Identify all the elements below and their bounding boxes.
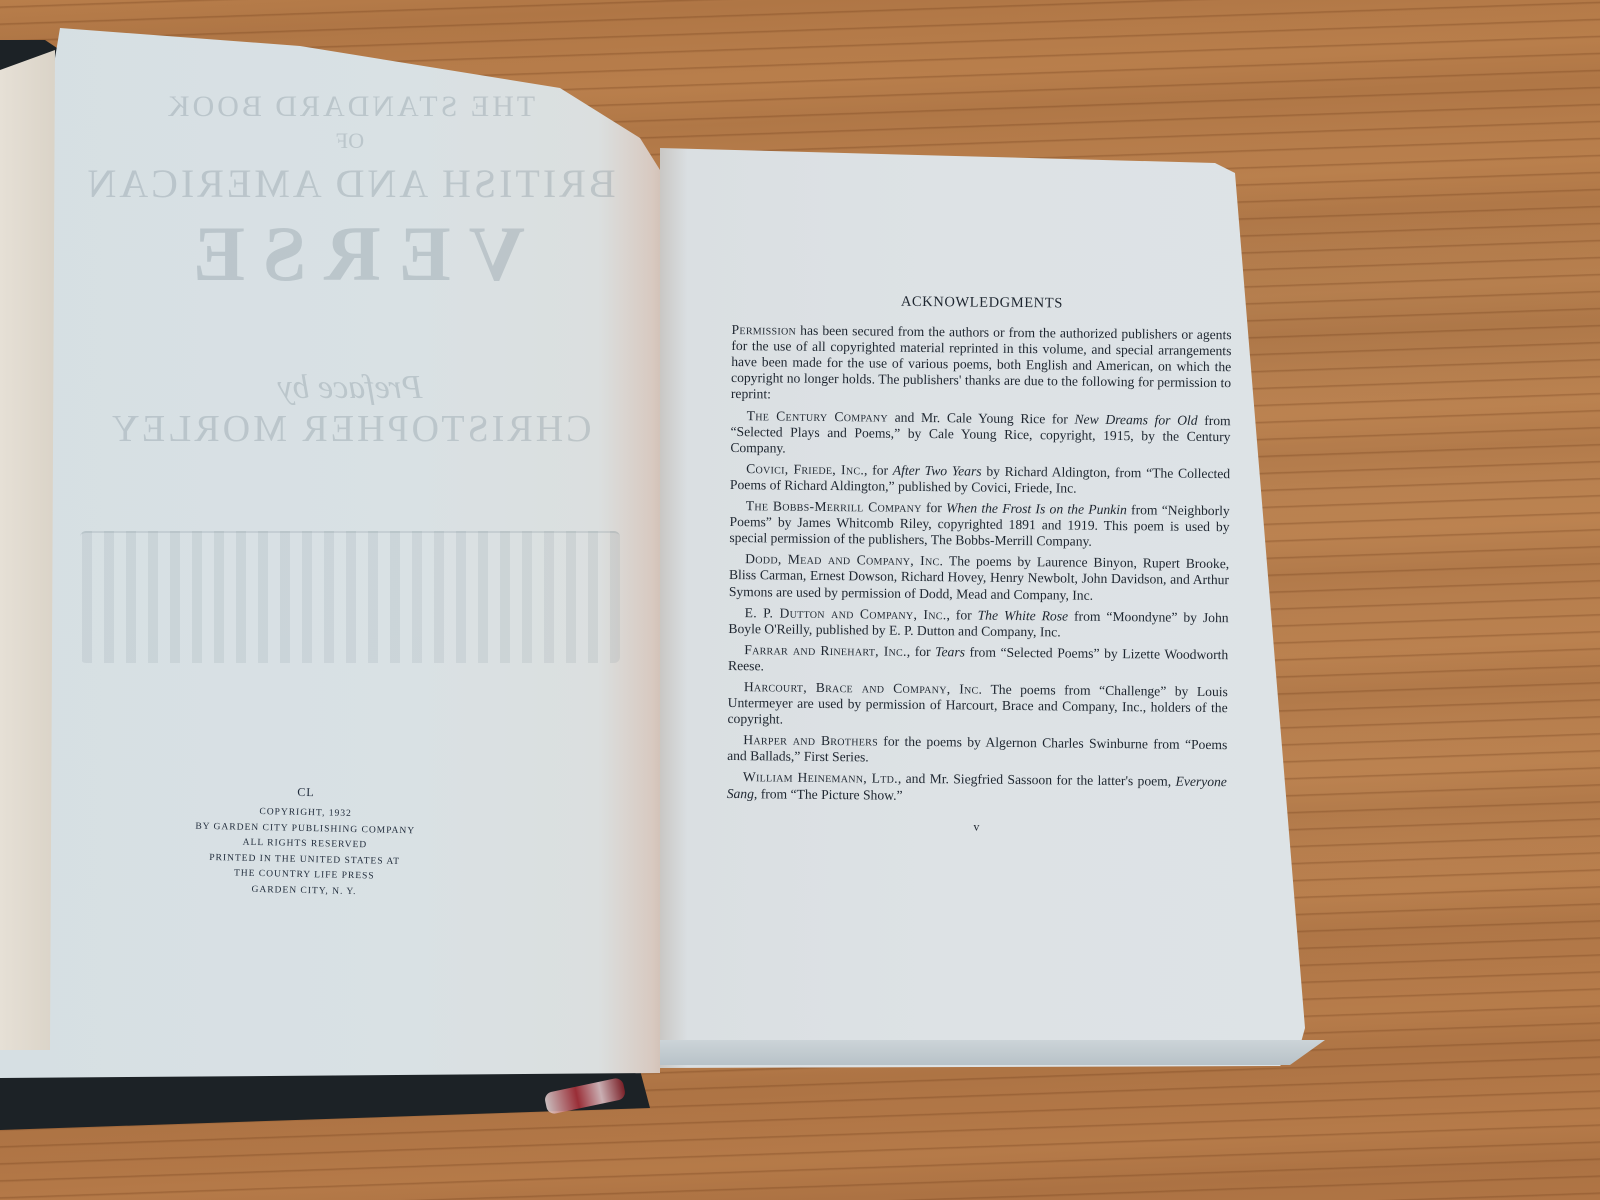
acknowledgment-entry: E. P. Dutton and Company, Inc., for The … bbox=[728, 605, 1228, 642]
publisher-name: William Heinemann, Ltd. bbox=[743, 770, 898, 787]
copyright-block: CL Copyright, 1932 by Garden City Publis… bbox=[179, 782, 431, 901]
publisher-name: Farrar and Rinehart, Inc. bbox=[744, 642, 907, 659]
intro-paragraph: Permission has been secured from the aut… bbox=[731, 322, 1232, 408]
show-through-line: CHRISTOPHER MORLEY bbox=[60, 407, 640, 451]
acknowledgment-entry: William Heinemann, Ltd., and Mr. Siegfri… bbox=[727, 769, 1227, 806]
show-through-title: VERSE bbox=[60, 209, 640, 299]
poem-title: When the Frost Is on the Punkin bbox=[946, 500, 1127, 517]
acknowledgment-entry: The Bobbs-Merrill Company for When the F… bbox=[729, 498, 1229, 552]
publisher-name: E. P. Dutton and Company, Inc. bbox=[745, 605, 947, 622]
right-page-edge bbox=[660, 1040, 1325, 1065]
publisher-name: Dodd, Mead and Company, Inc. bbox=[745, 551, 943, 568]
publisher-name: The Bobbs-Merrill Company bbox=[746, 498, 922, 515]
entry-text: from “The Picture Show.” bbox=[757, 786, 902, 803]
publisher-name: The Century Company bbox=[747, 408, 888, 424]
acknowledgment-entry: Harcourt, Brace and Company, Inc. The po… bbox=[727, 679, 1227, 733]
entry-text: and Mr. Cale Young Rice for bbox=[888, 409, 1075, 426]
publisher-name: Covici, Friede, Inc. bbox=[746, 461, 864, 477]
acknowledgment-entry: Dodd, Mead and Company, Inc. The poems b… bbox=[729, 551, 1229, 605]
show-through-small bbox=[60, 301, 640, 319]
show-through-line: THE STANDARD BOOK bbox=[60, 90, 640, 124]
show-through-line: BRITISH AND AMERICAN bbox=[60, 160, 640, 207]
intro-lead: Permission bbox=[732, 322, 797, 338]
acknowledgment-entry: Harper and Brothers for the poems by Alg… bbox=[727, 732, 1227, 769]
entry-text: for bbox=[922, 500, 947, 515]
acknowledgment-entry: Covici, Friede, Inc., for After Two Year… bbox=[730, 461, 1230, 498]
poem-title: New Dreams for Old bbox=[1074, 411, 1197, 427]
show-through-ornament bbox=[80, 531, 620, 663]
entry-text: , for bbox=[946, 607, 977, 622]
publisher-name: Harcourt, Brace and Company, Inc. bbox=[744, 679, 983, 696]
intro-text: has been secured from the authors or fro… bbox=[731, 323, 1232, 402]
entry-text: , for bbox=[907, 644, 936, 659]
show-through-line: OF bbox=[60, 128, 640, 154]
entry-text: , for bbox=[864, 462, 893, 477]
title-page-show-through: THE STANDARD BOOK OF BRITISH AND AMERICA… bbox=[60, 90, 640, 663]
entry-text: , and Mr. Siegfried Sassoon for the latt… bbox=[898, 771, 1176, 789]
show-through-line: Preface by bbox=[60, 369, 640, 407]
poem-title: The White Rose bbox=[978, 607, 1069, 623]
acknowledgment-entry: The Century Company and Mr. Cale Young R… bbox=[730, 408, 1230, 462]
publisher-name: Harper and Brothers bbox=[743, 732, 878, 748]
poem-title: Tears bbox=[935, 644, 965, 659]
acknowledgment-entry: Farrar and Rinehart, Inc., for Tears fro… bbox=[728, 642, 1228, 679]
acknowledgments-text: ACKNOWLEDGMENTS Permission has been secu… bbox=[726, 292, 1232, 837]
poem-title: After Two Years bbox=[893, 463, 982, 479]
